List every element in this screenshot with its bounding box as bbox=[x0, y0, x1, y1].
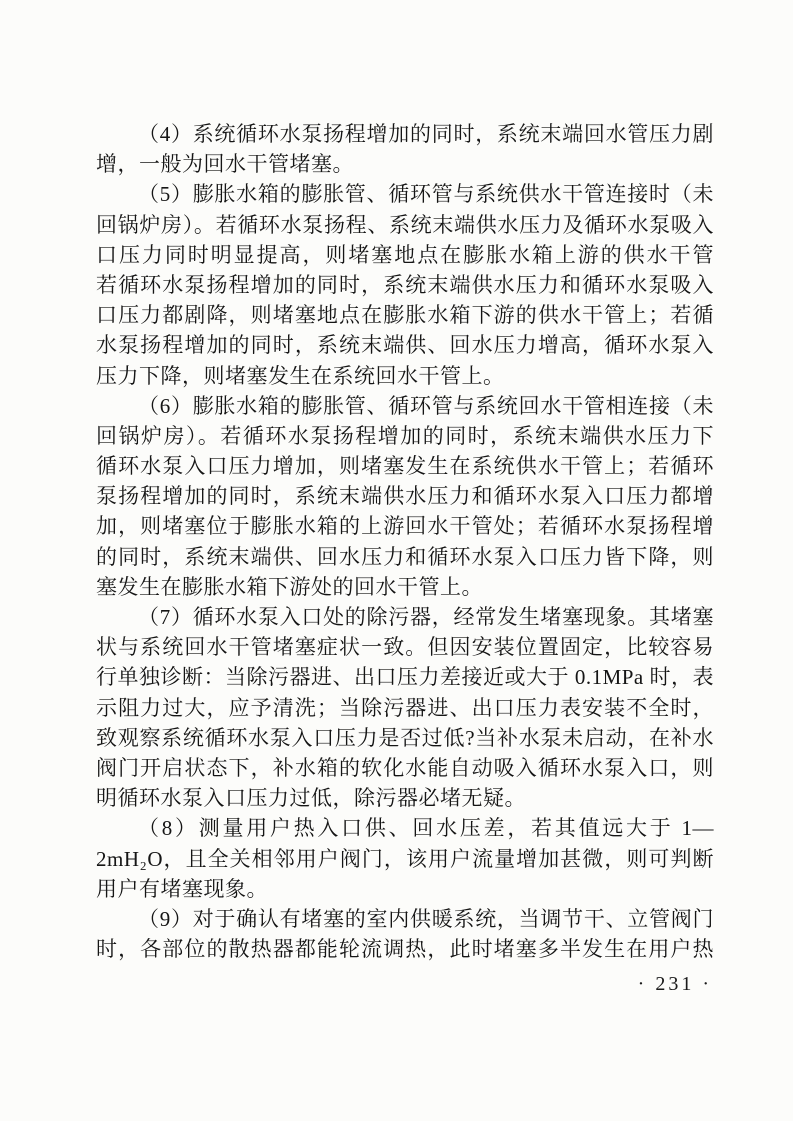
text-line: 用户有堵塞现象。 bbox=[96, 874, 714, 904]
text-line: （5）膨胀水箱的膨胀管、循环管与系统供水干管连接时（未接 bbox=[96, 179, 714, 209]
text-line: 口压力同时明显提高，则堵塞地点在膨胀水箱上游的供水干管处； bbox=[96, 240, 714, 270]
text-line: 若循环水泵扬程增加的同时，系统末端供水压力和循环水泵吸入 bbox=[96, 270, 714, 300]
text-line: 时，各部位的散热器都能轮流调热，此时堵塞多半发生在用户热入 bbox=[96, 934, 714, 964]
text-line: 泵扬程增加的同时，系统末端供水压力和循环水泵入口压力都增 bbox=[96, 481, 714, 511]
text-line: 状与系统回水干管堵塞症状一致。但因安装位置固定，比较容易进 bbox=[96, 632, 714, 662]
text-line: 致观察系统循环水泵入口压力是否过低?当补水泵未启动，在补水 bbox=[96, 723, 714, 753]
text-line: （9）对于确认有堵塞的室内供暖系统，当调节干、立管阀门 bbox=[96, 904, 714, 934]
page-body-text: （4）系统循环水泵扬程增加的同时，系统末端回水管压力剧 增，一般为回水干管堵塞。… bbox=[96, 119, 714, 964]
text-line: 回锅炉房）。若循环水泵扬程增加的同时，系统末端供水压力下降， bbox=[96, 421, 714, 451]
text-line: （8）测量用户热入口供、回水压差，若其值远大于 1— bbox=[96, 813, 714, 843]
text-line: 阀门开启状态下，补水箱的软化水能自动吸入循环水泵入口，则表 bbox=[96, 753, 714, 783]
page-number: · 231 · bbox=[638, 969, 712, 999]
book-page: （4）系统循环水泵扬程增加的同时，系统末端回水管压力剧 增，一般为回水干管堵塞。… bbox=[0, 0, 793, 1121]
text-line: 塞发生在膨胀水箱下游处的回水干管上。 bbox=[96, 572, 714, 602]
text-line: 压力下降，则堵塞发生在系统回水干管上。 bbox=[96, 361, 714, 391]
text-line: 2mH₂O，且全关相邻用户阀门，该用户流量增加甚微，则可判断该 bbox=[96, 844, 714, 874]
text-line: 循环水泵入口压力增加，则堵塞发生在系统供水干管上；若循环水 bbox=[96, 451, 714, 481]
text-line: 的同时，系统末端供、回水压力和循环水泵入口压力皆下降，则堵 bbox=[96, 542, 714, 572]
text-line: 加，则堵塞位于膨胀水箱的上游回水干管处；若循环水泵扬程增加 bbox=[96, 511, 714, 541]
text-line: 示阻力过大，应予清洗；当除污器进、出口压力表安装不全时，应细 bbox=[96, 693, 714, 723]
text-line: 回锅炉房）。若循环水泵扬程、系统末端供水压力及循环水泵吸入 bbox=[96, 210, 714, 240]
text-line: 增，一般为回水干管堵塞。 bbox=[96, 149, 714, 179]
text-line: （7）循环水泵入口处的除污器，经常发生堵塞现象。其堵塞症 bbox=[96, 602, 714, 632]
text-line: （6）膨胀水箱的膨胀管、循环管与系统回水干管相连接（未接 bbox=[96, 391, 714, 421]
text-line: （4）系统循环水泵扬程增加的同时，系统末端回水管压力剧 bbox=[96, 119, 714, 149]
text-line: 明循环水泵入口压力过低，除污器必堵无疑。 bbox=[96, 783, 714, 813]
text-line: 行单独诊断：当除污器进、出口压力差接近或大于 0.1MPa 时，表 bbox=[96, 662, 714, 692]
text-line: 水泵扬程增加的同时，系统末端供、回水压力增高，循环水泵入口 bbox=[96, 330, 714, 360]
text-line: 口压力都剧降，则堵塞地点在膨胀水箱下游的供水干管上；若循环 bbox=[96, 300, 714, 330]
